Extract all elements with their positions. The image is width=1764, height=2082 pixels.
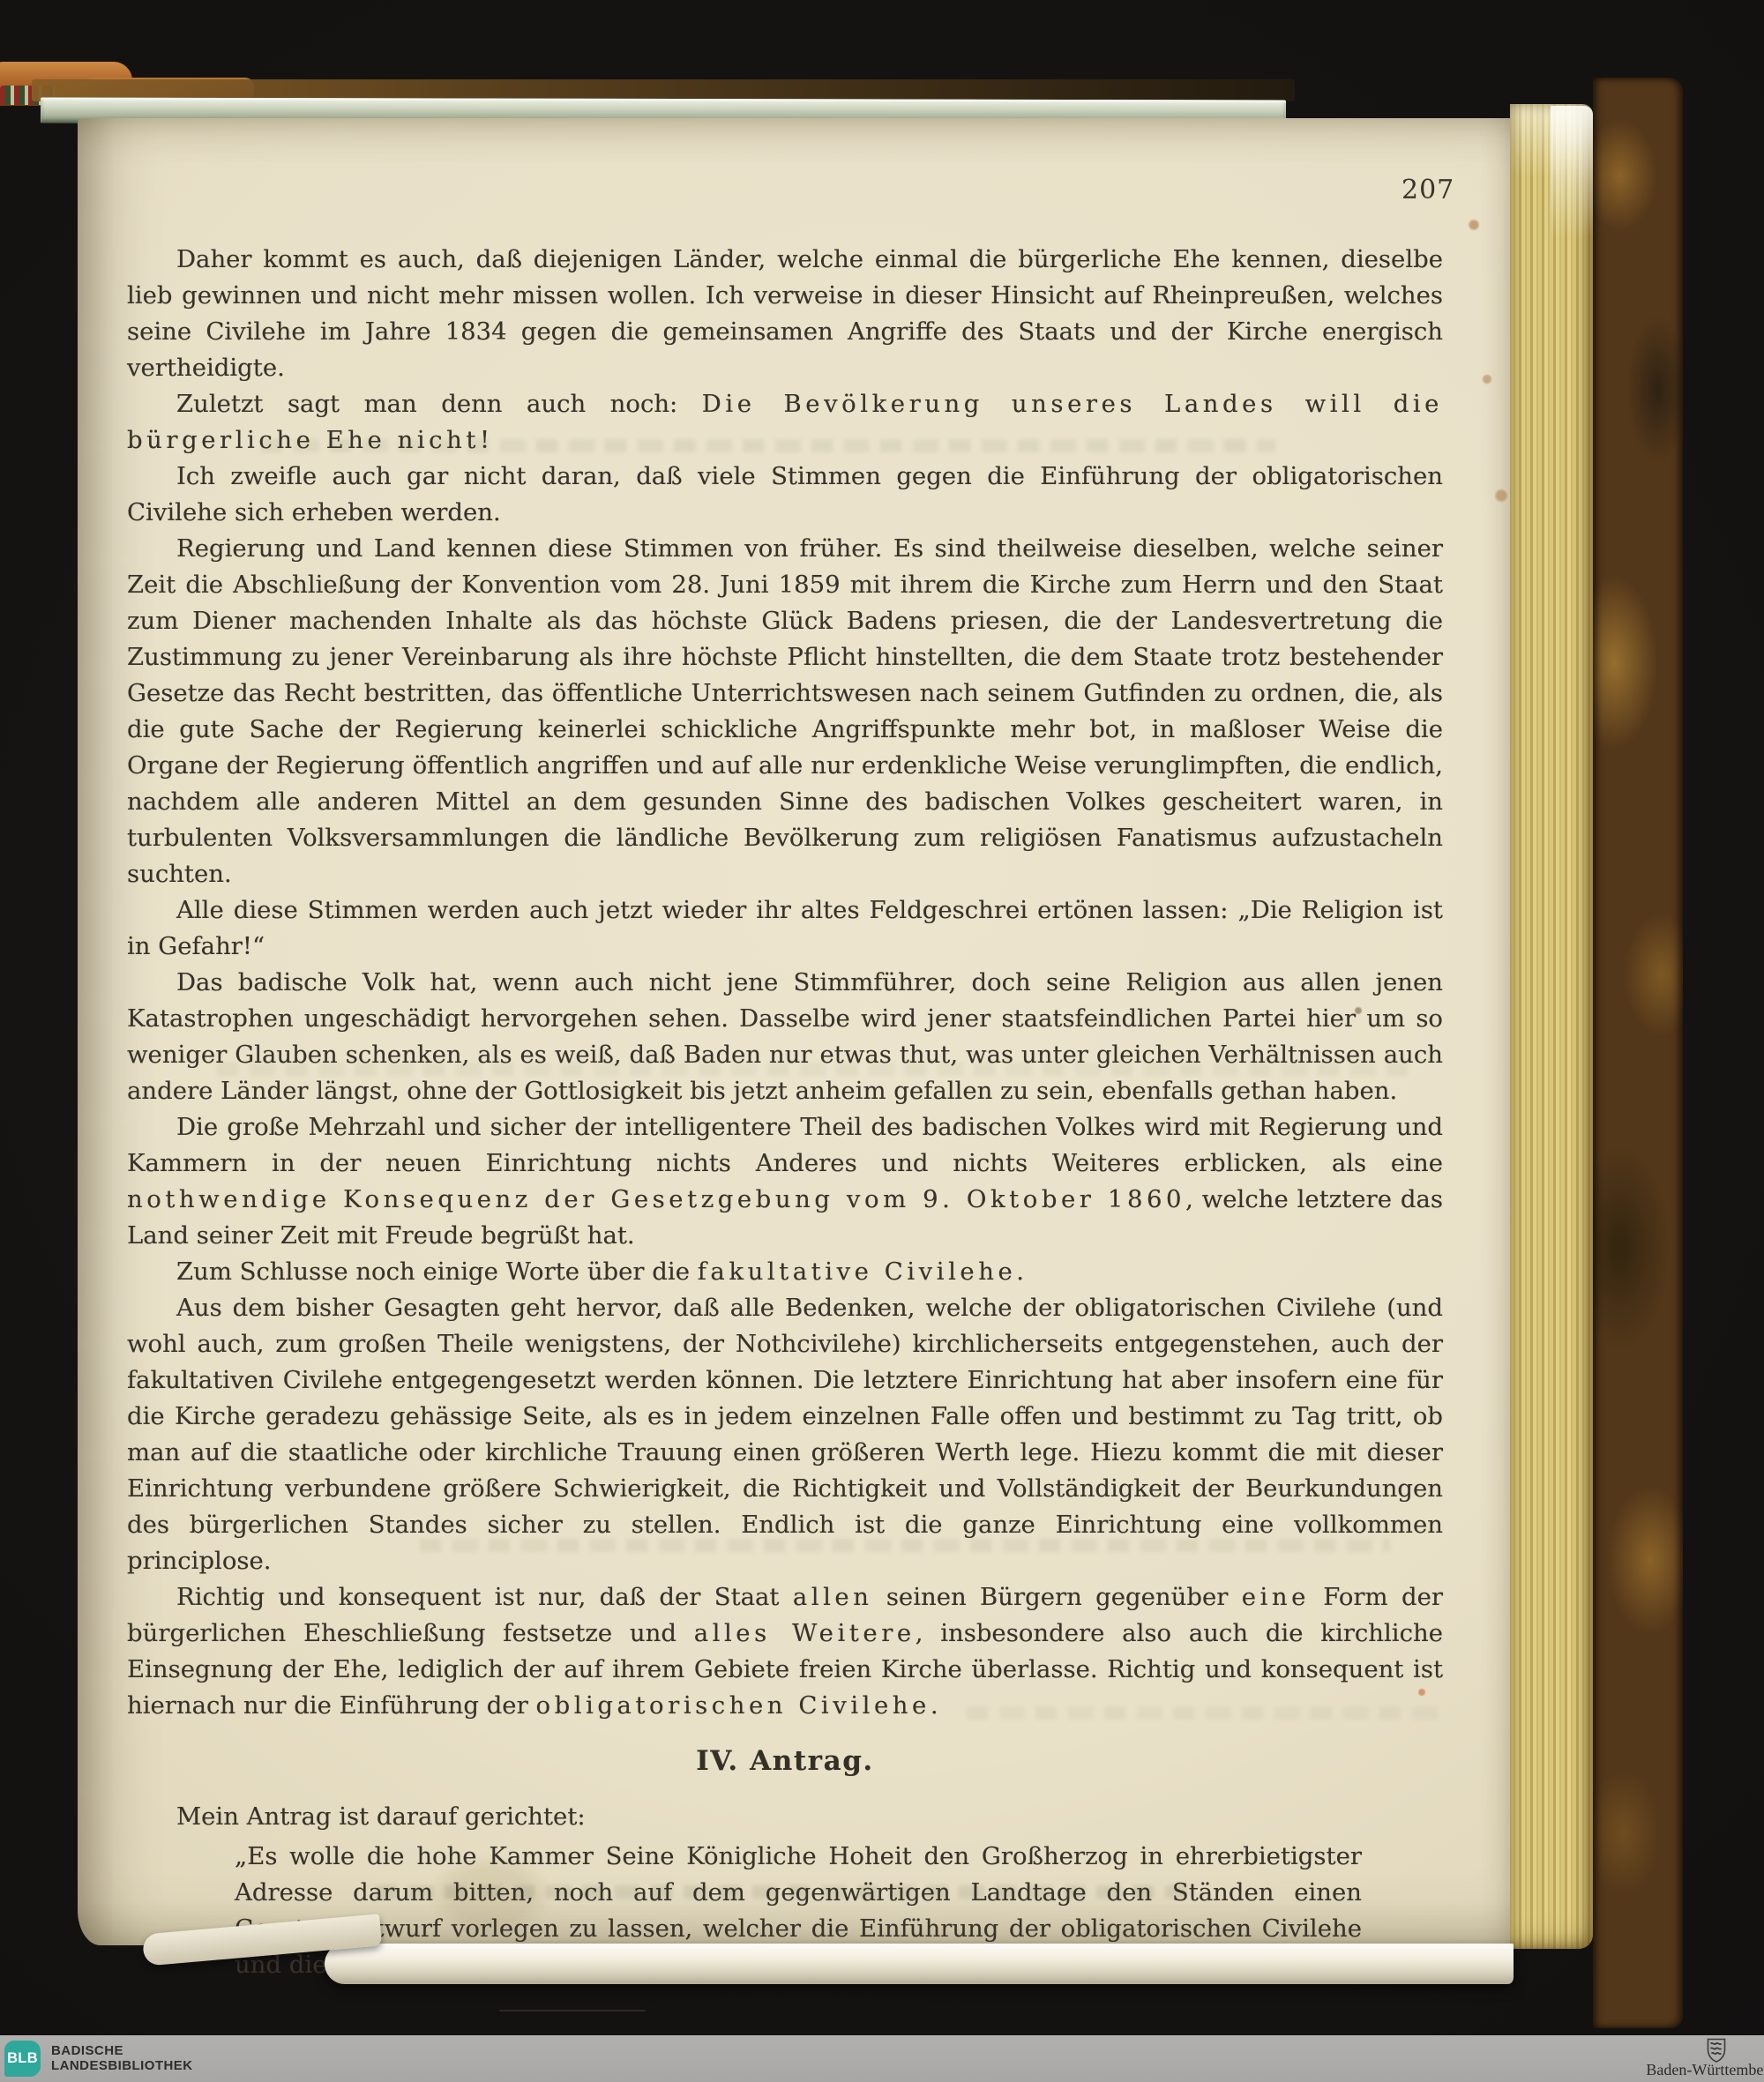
body-paragraph: Mein Antrag ist darauf gerichtet:	[127, 1799, 1443, 1835]
text-run: Regierung und Land kennen diese Stimmen …	[127, 534, 1443, 888]
baden-wuerttemberg-mark: Baden-Württemberg	[1623, 2035, 1764, 2082]
text-run: Die große Mehrzahl und sicher der intell…	[127, 1113, 1443, 1177]
page-number: 207	[1401, 175, 1454, 205]
body-paragraph: Ich zweifle auch gar nicht daran, daß vi…	[127, 459, 1443, 531]
text-run: Alle diese Stimmen werden auch jetzt wie…	[127, 896, 1443, 960]
emphasized-text: obligatorischen Civilehe	[535, 1691, 930, 1720]
text-run: .	[931, 1691, 938, 1720]
section-heading: IV. Antrag.	[127, 1743, 1443, 1780]
text-run: Richtig und konsequent ist nur, daß der …	[176, 1583, 793, 1611]
body-paragraph: Aus dem bisher Gesagten geht hervor, daß…	[127, 1290, 1443, 1579]
body-paragraph: Zuletzt sagt man denn auch noch: Die Bev…	[127, 386, 1443, 459]
text-run: Zum Schlusse noch einige Worte über die	[176, 1257, 698, 1286]
body-paragraph: Regierung und Land kennen diese Stimmen …	[127, 531, 1443, 892]
emphasized-text: fakultative Civilehe	[698, 1257, 1017, 1286]
text-run: Daher kommt es auch, daß diejenigen Länd…	[127, 245, 1443, 382]
body-paragraph: Zum Schlusse noch einige Worte über die …	[127, 1254, 1443, 1290]
text-run: seinen Bürgern gegenüber	[872, 1583, 1241, 1611]
marbled-cover-board	[1593, 78, 1683, 2028]
text-run: Ich zweifle auch gar nicht daran, daß vi…	[127, 462, 1443, 526]
body-paragraph: Richtig und konsequent ist nur, daß der …	[127, 1579, 1443, 1724]
text-run: Aus dem bisher Gesagten geht hervor, daß…	[127, 1294, 1443, 1575]
emphasized-text: nothwendige Konsequenz der Gesetzgebung …	[127, 1185, 1185, 1213]
emphasized-text: eine	[1242, 1583, 1310, 1611]
emphasized-text: allen	[793, 1583, 873, 1611]
library-name: BADISCHE LANDESBIBLIOTHEK	[51, 2043, 193, 2073]
body-paragraph: Die große Mehrzahl und sicher der intell…	[127, 1109, 1443, 1254]
page-edge-highlight	[1551, 106, 1593, 238]
end-rule	[499, 2010, 646, 2011]
text-run: .	[1016, 1257, 1024, 1286]
text-run: Zuletzt sagt man denn auch noch:	[176, 390, 702, 418]
scanned-book-photo: 207 Daher kommt es auch, daß diejenigen …	[0, 0, 1764, 2082]
library-footer-band: BLB BADISCHE LANDESBIBLIOTHEK Baden-Würt…	[0, 2035, 1764, 2082]
region-label: Baden-Württemberg	[1646, 2061, 1764, 2079]
page-bottom-edges	[325, 1944, 1514, 1984]
blb-logo: BLB	[4, 2041, 41, 2077]
body-paragraph: Daher kommt es auch, daß diejenigen Länd…	[127, 242, 1443, 386]
text-run: Das badische Volk hat, wenn auch nicht j…	[127, 968, 1443, 1105]
blb-logo-text: BLB	[7, 2050, 38, 2067]
book-page: 207 Daher kommt es auch, daß diejenigen …	[78, 118, 1510, 1945]
library-name-line1: BADISCHE	[51, 2043, 193, 2058]
body-paragraph: Alle diese Stimmen werden auch jetzt wie…	[127, 892, 1443, 965]
text-flow: Daher kommt es auch, daß diejenigen Länd…	[127, 242, 1443, 2011]
fore-edge-pages	[1510, 104, 1593, 1949]
text-run: Mein Antrag ist darauf gerichtet:	[176, 1802, 586, 1831]
emphasized-text: alles Weitere	[694, 1619, 916, 1647]
library-name-line2: LANDESBIBLIOTHEK	[51, 2058, 193, 2073]
body-paragraph: Das badische Volk hat, wenn auch nicht j…	[127, 965, 1443, 1109]
